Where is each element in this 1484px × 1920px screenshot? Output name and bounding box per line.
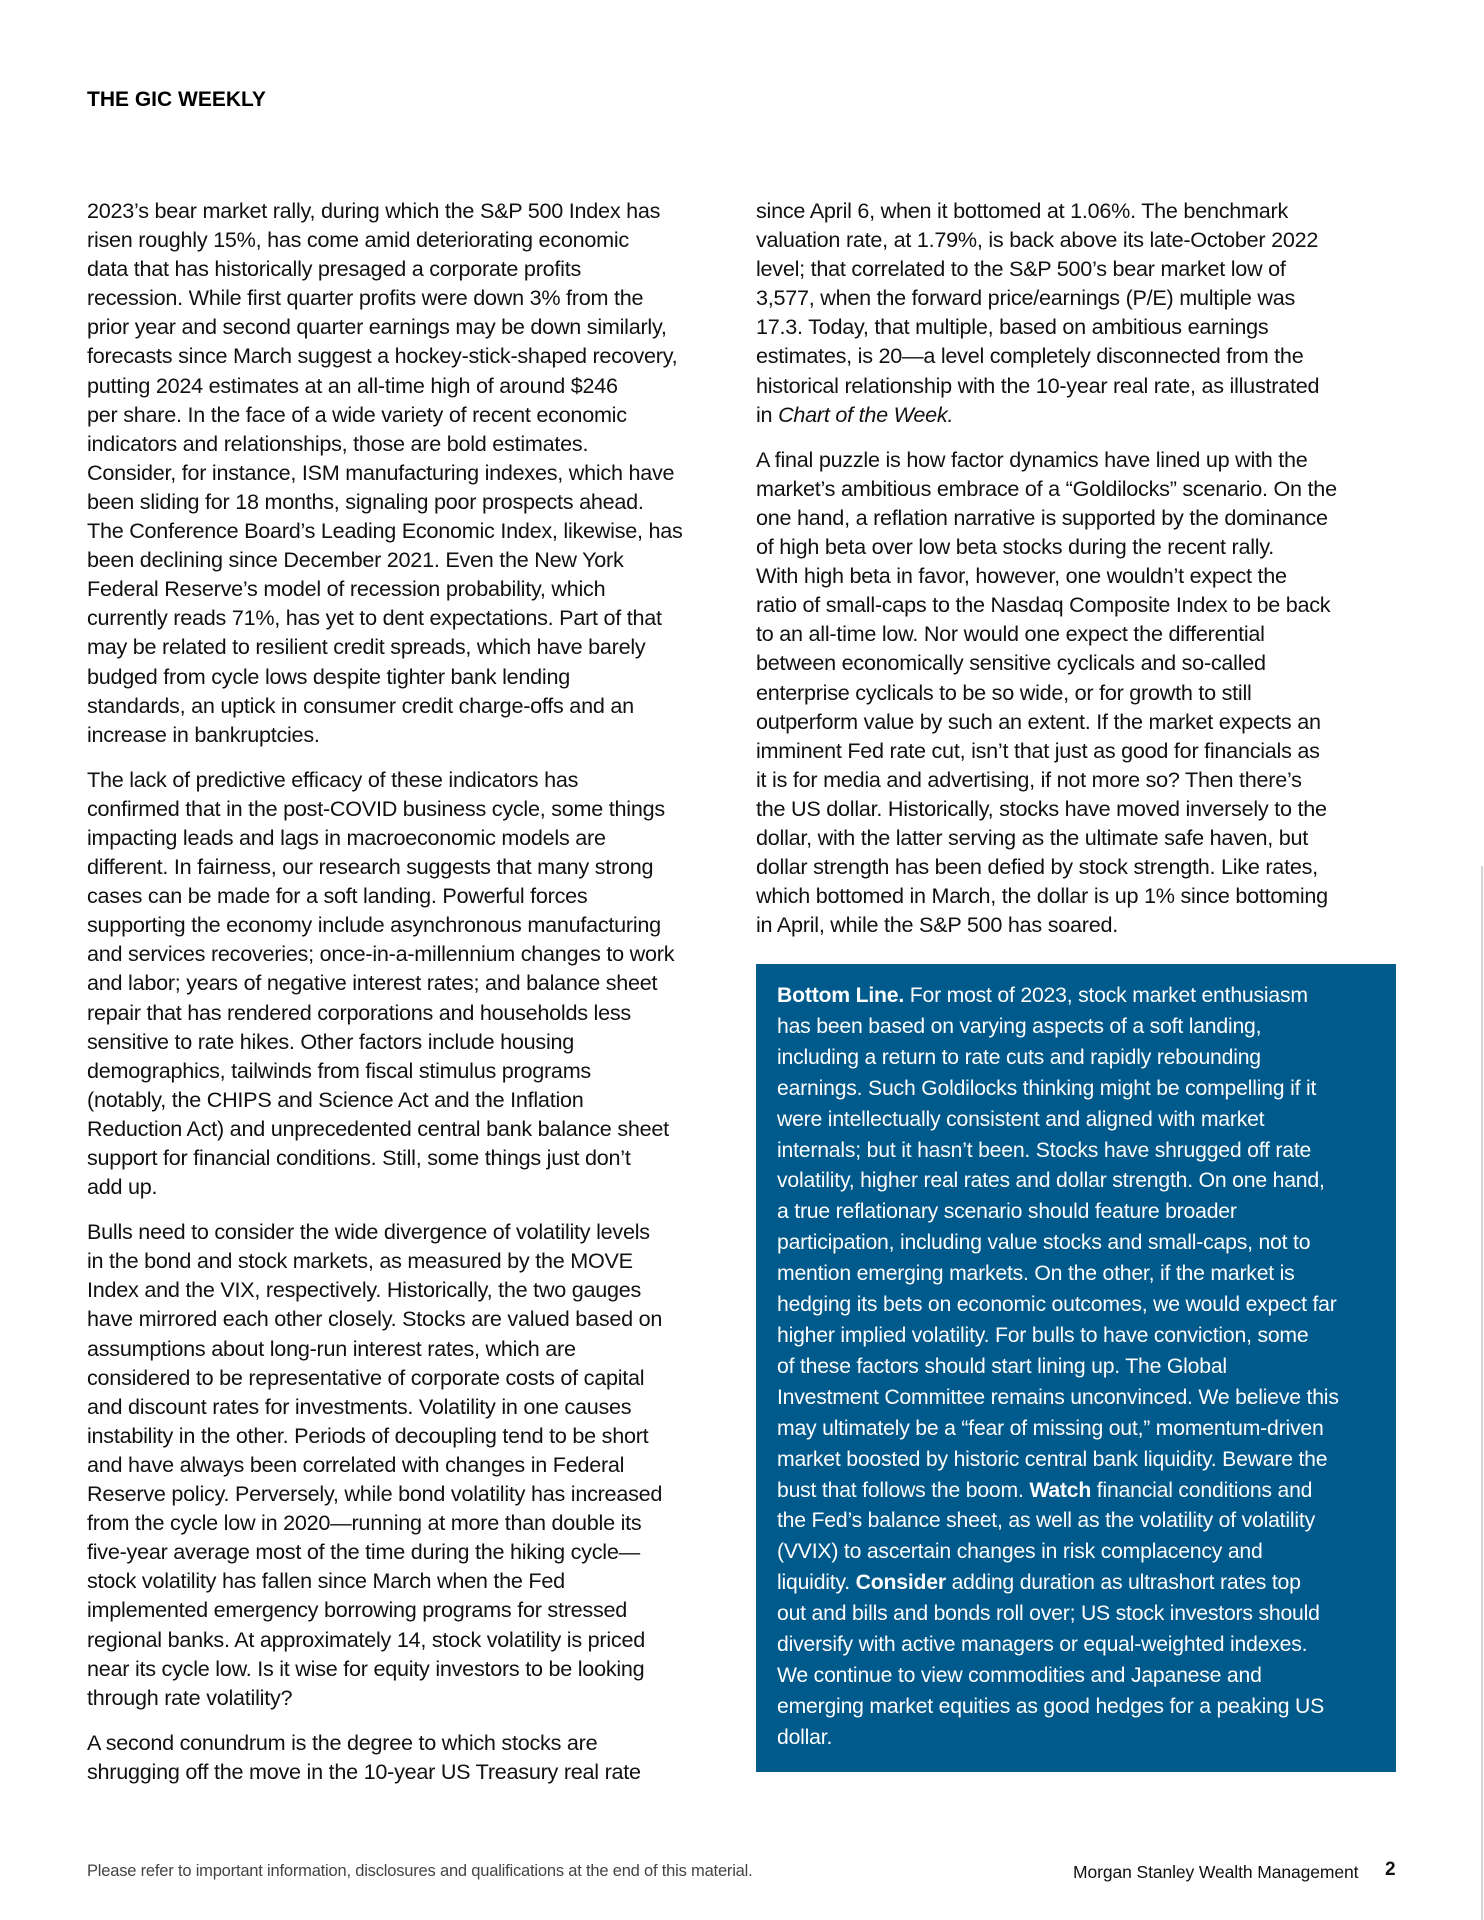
text-line: been sliding for 18 months, signaling po… — [87, 487, 737, 516]
text-line: putting 2024 estimates at an all-time hi… — [87, 371, 737, 400]
text-line: repair that has rendered corporations an… — [87, 998, 737, 1027]
bottom-line-heading: Bottom Line. — [777, 984, 904, 1007]
text-line: shrugging off the move in the 10-year US… — [87, 1757, 737, 1786]
text-line: between economically sensitive cyclicals… — [756, 648, 1396, 677]
text-line: diversify with active managers or equal-… — [777, 1630, 1376, 1661]
chart-of-the-week-reference: Chart of the Week. — [778, 402, 953, 427]
bottom-line-body-b: the Fed’s balance sheet, as well as the … — [777, 1506, 1376, 1568]
bottom-line-body-a: has been based on varying aspects of a s… — [777, 1012, 1376, 1476]
text-line: The Conference Board’s Leading Economic … — [87, 516, 737, 545]
text-line: per share. In the face of a wide variety… — [87, 400, 737, 429]
watch-label: Watch — [1029, 1479, 1091, 1502]
text-line: considered to be representative of corpo… — [87, 1363, 737, 1392]
text-line: since April 6, when it bottomed at 1.06%… — [756, 196, 1396, 225]
text-line: internals; but it hasn’t been. Stocks ha… — [777, 1136, 1376, 1167]
paragraph-predictive-efficacy: The lack of predictive efficacy of these… — [87, 765, 737, 1201]
paragraph-second-conundrum: A second conundrum is the degree to whic… — [87, 1728, 737, 1786]
text-line: to an all-time low. Nor would one expect… — [756, 619, 1396, 648]
text-line: forecasts since March suggest a hockey-s… — [87, 341, 737, 370]
text-line: imminent Fed rate cut, isn’t that just a… — [756, 736, 1396, 765]
text-line: 3,577, when the forward price/earnings (… — [756, 283, 1396, 312]
paragraph-real-rate-continued: since April 6, when it bottomed at 1.06%… — [756, 196, 1396, 429]
text-line: different. In fairness, our research sug… — [87, 852, 737, 881]
text-line: confirmed that in the post-COVID busines… — [87, 794, 737, 823]
paragraph-bear-market-rally: 2023’s bear market rally, during which t… — [87, 196, 737, 749]
text-line: dollar. — [777, 1723, 1376, 1754]
text-line: risen roughly 15%, has come amid deterio… — [87, 225, 737, 254]
text-line: support for financial conditions. Still,… — [87, 1143, 737, 1172]
text-line: data that has historically presaged a co… — [87, 254, 737, 283]
paragraph-factor-dynamics: A final puzzle is how factor dynamics ha… — [756, 445, 1396, 940]
text-line: A final puzzle is how factor dynamics ha… — [756, 445, 1396, 474]
text-line: the US dollar. Historically, stocks have… — [756, 794, 1396, 823]
text-line: including a return to rate cuts and rapi… — [777, 1043, 1376, 1074]
text-line: dollar, with the latter serving as the u… — [756, 823, 1396, 852]
text-line: higher implied volatility. For bulls to … — [777, 1321, 1376, 1352]
bottom-line-body-c: out and bills and bonds roll over; US st… — [777, 1599, 1376, 1754]
text-line: cases can be made for a soft landing. Po… — [87, 881, 737, 910]
text-line: one hand, a reflation narrative is suppo… — [756, 503, 1396, 532]
text-line: add up. — [87, 1172, 737, 1201]
text-line: stock volatility has fallen since March … — [87, 1566, 737, 1595]
text-line: through rate volatility? — [87, 1683, 737, 1712]
text-line: market boosted by historic central bank … — [777, 1445, 1376, 1476]
footer-brand: Morgan Stanley Wealth Management — [1073, 1862, 1358, 1883]
bottom-line-callout: Bottom Line. For most of 2023, stock mar… — [756, 964, 1396, 1772]
text-line: Bulls need to consider the wide divergen… — [87, 1217, 737, 1246]
text-line: from the cycle low in 2020—running at mo… — [87, 1508, 737, 1537]
text-line: ratio of small-caps to the Nasdaq Compos… — [756, 590, 1396, 619]
text-line: standards, an uptick in consumer credit … — [87, 691, 737, 720]
text-line: We continue to view commodities and Japa… — [777, 1661, 1376, 1692]
text-line: 2023’s bear market rally, during which t… — [87, 196, 737, 225]
text-line: increase in bankruptcies. — [87, 720, 737, 749]
text-line: level; that correlated to the S&P 500’s … — [756, 254, 1396, 283]
text-line: recession. While first quarter profits w… — [87, 283, 737, 312]
text-line: Federal Reserve’s model of recession pro… — [87, 574, 737, 603]
text-line: participation, including value stocks an… — [777, 1228, 1376, 1259]
text-line: demographics, tailwinds from fiscal stim… — [87, 1056, 737, 1085]
text-line: impacting leads and lags in macroeconomi… — [87, 823, 737, 852]
chart-reference-line: in Chart of the Week. — [756, 400, 1396, 429]
text-line: volatility, higher real rates and dollar… — [777, 1166, 1376, 1197]
text-line: 17.3. Today, that multiple, based on amb… — [756, 312, 1396, 341]
text-line: earnings. Such Goldilocks thinking might… — [777, 1074, 1376, 1105]
text-line: The lack of predictive efficacy of these… — [87, 765, 737, 794]
publication-title: THE GIC WEEKLY — [87, 88, 266, 112]
text-line: of high beta over low beta stocks during… — [756, 532, 1396, 561]
text-line: Consider, for instance, ISM manufacturin… — [87, 458, 737, 487]
text-line: A second conundrum is the degree to whic… — [87, 1728, 737, 1757]
text-line: dollar strength has been defied by stock… — [756, 852, 1396, 881]
page-number: 2 — [1385, 1859, 1396, 1881]
text-line: prior year and second quarter earnings m… — [87, 312, 737, 341]
text-line: assumptions about long-run interest rate… — [87, 1334, 737, 1363]
text-line: sensitive to rate hikes. Other factors i… — [87, 1027, 737, 1056]
consider-label: Consider — [856, 1571, 946, 1594]
text-line: budged from cycle lows despite tighter b… — [87, 662, 737, 691]
text-line: in the bond and stock markets, as measur… — [87, 1246, 737, 1275]
page-edge-divider — [1481, 866, 1483, 1920]
text-line: With high beta in favor, however, one wo… — [756, 561, 1396, 590]
text-line: Investment Committee remains unconvinced… — [777, 1383, 1376, 1414]
text-line: near its cycle low. Is it wise for equit… — [87, 1654, 737, 1683]
text-line: and services recoveries; once-in-a-mille… — [87, 939, 737, 968]
text-line: Index and the VIX, respectively. Histori… — [87, 1275, 737, 1304]
text-line: the Fed’s balance sheet, as well as the … — [777, 1506, 1376, 1537]
right-column: since April 6, when it bottomed at 1.06%… — [756, 196, 1396, 955]
text-line: enterprise cyclicals to be so wide, or f… — [756, 678, 1396, 707]
text-line: (VVIX) to ascertain changes in risk comp… — [777, 1537, 1376, 1568]
text-line: may be related to resilient credit sprea… — [87, 632, 737, 661]
text-line: instability in the other. Periods of dec… — [87, 1421, 737, 1450]
text-line: and discount rates for investments. Vola… — [87, 1392, 737, 1421]
text-line: (notably, the CHIPS and Science Act and … — [87, 1085, 737, 1114]
text-line: Reserve policy. Perversely, while bond v… — [87, 1479, 737, 1508]
text-line: currently reads 71%, has yet to dent exp… — [87, 603, 737, 632]
text-line: a true reflationary scenario should feat… — [777, 1197, 1376, 1228]
left-column: 2023’s bear market rally, during which t… — [87, 196, 737, 1802]
text-line: been declining since December 2021. Even… — [87, 545, 737, 574]
text-line: in April, while the S&P 500 has soared. — [756, 910, 1396, 939]
text-line: and labor; years of negative interest ra… — [87, 968, 737, 997]
text-line: mention emerging markets. On the other, … — [777, 1259, 1376, 1290]
text-line: indicators and relationships, those are … — [87, 429, 737, 458]
footer-disclaimer: Please refer to important information, d… — [87, 1862, 753, 1881]
text-line: of these factors should start lining up.… — [777, 1352, 1376, 1383]
text-line: emerging market equities as good hedges … — [777, 1692, 1376, 1723]
text-line: has been based on varying aspects of a s… — [777, 1012, 1376, 1043]
text-line: it is for media and advertising, if not … — [756, 765, 1396, 794]
text-line: implemented emergency borrowing programs… — [87, 1595, 737, 1624]
text-line: regional banks. At approximately 14, sto… — [87, 1625, 737, 1654]
text-line: may ultimately be a “fear of missing out… — [777, 1414, 1376, 1445]
text-line: outperform value by such an extent. If t… — [756, 707, 1396, 736]
text-line: have mirrored each other closely. Stocks… — [87, 1304, 737, 1333]
text-line: estimates, is 20—a level completely disc… — [756, 341, 1396, 370]
text-line: were intellectually consistent and align… — [777, 1105, 1376, 1136]
paragraph-volatility-divergence: Bulls need to consider the wide divergen… — [87, 1217, 737, 1712]
text-line: market’s ambitious embrace of a “Goldilo… — [756, 474, 1396, 503]
text-line: hedging its bets on economic outcomes, w… — [777, 1290, 1376, 1321]
text-line: out and bills and bonds roll over; US st… — [777, 1599, 1376, 1630]
text-line: and have always been correlated with cha… — [87, 1450, 737, 1479]
text-line: which bottomed in March, the dollar is u… — [756, 881, 1396, 910]
text-line: historical relationship with the 10-year… — [756, 371, 1396, 400]
text-line: valuation rate, at 1.79%, is back above … — [756, 225, 1396, 254]
text-line: supporting the economy include asynchron… — [87, 910, 737, 939]
text-line: Reduction Act) and unprecedented central… — [87, 1114, 737, 1143]
text-line: five-year average most of the time durin… — [87, 1537, 737, 1566]
